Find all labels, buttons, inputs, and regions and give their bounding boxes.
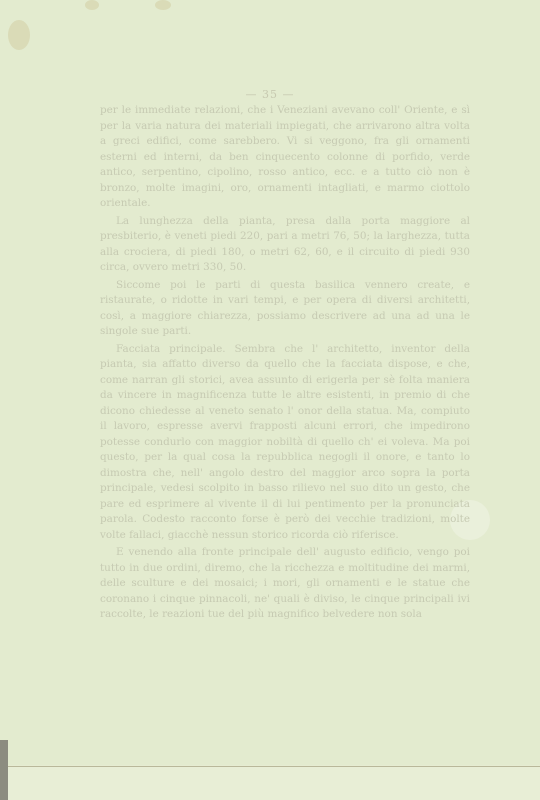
paper-stain	[155, 0, 171, 10]
next-page-edge	[8, 766, 540, 800]
paragraph: E venendo alla fronte principale dell' a…	[100, 545, 470, 623]
paragraph: Siccome poi le parti di questa basilica …	[100, 278, 470, 340]
binding-edge	[0, 740, 8, 800]
paragraph: Facciata principale. Sembra che l' archi…	[100, 342, 470, 544]
paper-stain	[8, 20, 30, 50]
paragraph: La lunghezza della pianta, presa dalla p…	[100, 214, 470, 276]
paper-stain	[85, 0, 99, 10]
paragraph: per le immediate relazioni, che i Venezi…	[100, 103, 470, 212]
page-number: — 35 —	[0, 88, 540, 101]
body-text: per le immediate relazioni, che i Venezi…	[100, 103, 470, 625]
